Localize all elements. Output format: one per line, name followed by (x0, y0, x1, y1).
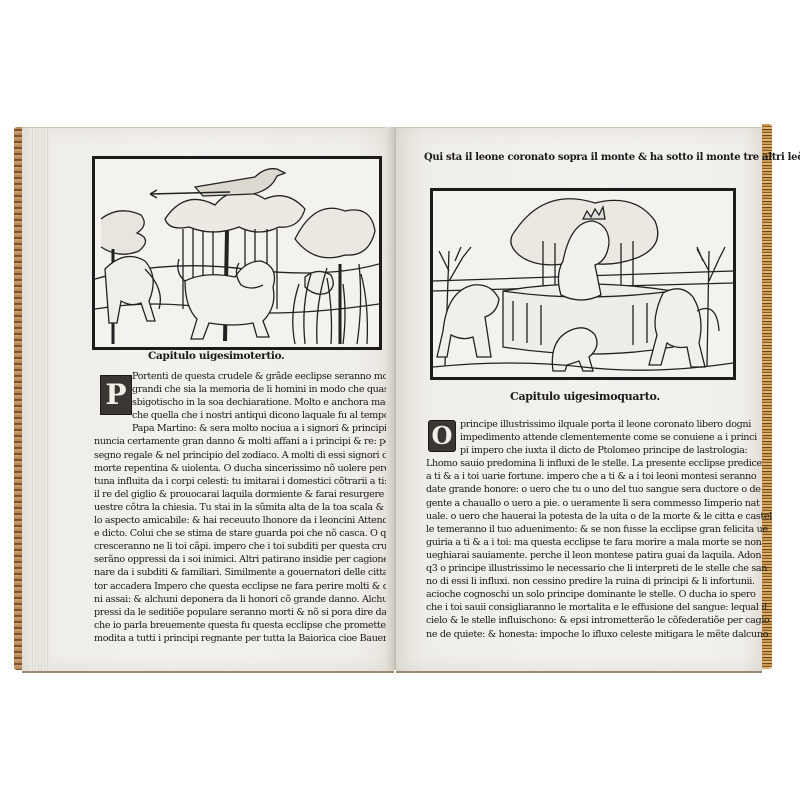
text-line: modita a tutti i principi regnante per t… (94, 632, 394, 645)
text-line: le temeranno il tuo aduenimento: & se no… (426, 523, 756, 536)
text-line: date grande honore: o uero che tu o uno … (426, 483, 756, 496)
text-line: a ti & a i toi uarie fortune. impero che… (426, 470, 756, 483)
right-page-body: principe illustrissimo ilquale porta il … (426, 418, 756, 641)
text-line: il re del giglio & prouocarai laquila do… (94, 488, 394, 501)
text-line: no di essi li influxi. non cessino predi… (426, 575, 756, 588)
right-chapter-heading: Capitulo uigesimoquarto. (510, 390, 660, 403)
text-line: guiria a ti & a i toi: ma questa ecclips… (426, 536, 756, 549)
woodcut-crowned-lion-icon (433, 191, 733, 377)
text-line: e dicto. Colui che se stima de stare gua… (94, 527, 394, 540)
text-line: lo aspecto amicabile: & hai receuuto lho… (94, 514, 394, 527)
text-line: q3 o principe illustrissimo le necessari… (426, 562, 756, 575)
woodcut-lions-eagle (92, 156, 382, 350)
text-line: impedimento attende clementemente come s… (426, 431, 756, 444)
text-line: pi impero che iuxta il dicto de Ptolomeo… (426, 444, 756, 457)
woodcut-crowned-lion (430, 188, 736, 380)
right-gilt-edge (762, 124, 772, 669)
left-page-body: Portenti de questa crudele & grãde eecli… (94, 370, 394, 645)
text-line: nuncia certamente gran danno & molti aff… (94, 435, 394, 448)
left-chapter-heading: Capitulo uigesimotertio. (148, 350, 284, 362)
text-line: che quella che i nostri antiqui dicono l… (94, 409, 394, 422)
left-cover-edge (14, 127, 22, 670)
text-line: cresceranno ne li toi cãpi. impero che i… (94, 540, 394, 553)
right-page: Qui sta il leone coronato sopra il monte… (396, 127, 762, 673)
text-line: principe illustrissimo ilquale porta il … (426, 418, 756, 431)
text-line: che i toi sauii consigliaranno le mortal… (426, 601, 756, 614)
text-line: ni assai: & alchuni deponera da li honor… (94, 593, 394, 606)
text-line: cielo & le stelle influischono: & epsi i… (426, 614, 756, 627)
text-line: gente a chauallo o uero a pie. o ueramen… (426, 497, 756, 510)
right-woodcut-caption: Qui sta il leone coronato sopra il monte… (424, 152, 800, 163)
text-line: Portenti de questa crudele & grãde eecli… (94, 370, 394, 383)
text-line: uale. o uero che hauerai la potesta de l… (426, 510, 756, 523)
text-line: tuna influita da i corpi celesti: tu imi… (94, 475, 394, 488)
text-line: sbigotischo in la soa dechiaratione. Mol… (94, 396, 394, 409)
text-line: grandi che sia la memoria de li homini i… (94, 383, 394, 396)
text-line: che io parla breuemente questa fu questa… (94, 619, 394, 632)
woodcut-lions-eagle-icon (95, 159, 379, 347)
text-line: ueghiarai sauiamente. perche il leon mon… (426, 549, 756, 562)
text-line: ne de quiete: & honesta: impoche lo iflu… (426, 628, 756, 641)
text-line: tor accadera Impero che questa ecclipse … (94, 580, 394, 593)
text-line: pressi da le seditiõe populare seranno m… (94, 606, 394, 619)
left-page-stack (30, 128, 50, 671)
text-line: serãno oppressi da i soi inimici. Altri … (94, 553, 394, 566)
open-book: Capitulo uigesimotertio. P Portenti de q… (14, 127, 772, 670)
text-line: acioche cognoschi un solo principe domin… (426, 588, 756, 601)
text-line: morte repentina & uiolenta. O ducha sinc… (94, 462, 394, 475)
text-line: nare da i subditi & familiari. Similment… (94, 566, 394, 579)
text-line: uestre cõtra la chiesia. Tu stai in la s… (94, 501, 394, 514)
left-page: Capitulo uigesimotertio. P Portenti de q… (22, 127, 394, 673)
text-line: Papa Martino: & sera molto nociua a i si… (94, 422, 394, 435)
text-line: segno regale & nel principio del zodiaco… (94, 449, 394, 462)
text-line: Lhomo sauio predomina li influxi de le s… (426, 457, 756, 470)
